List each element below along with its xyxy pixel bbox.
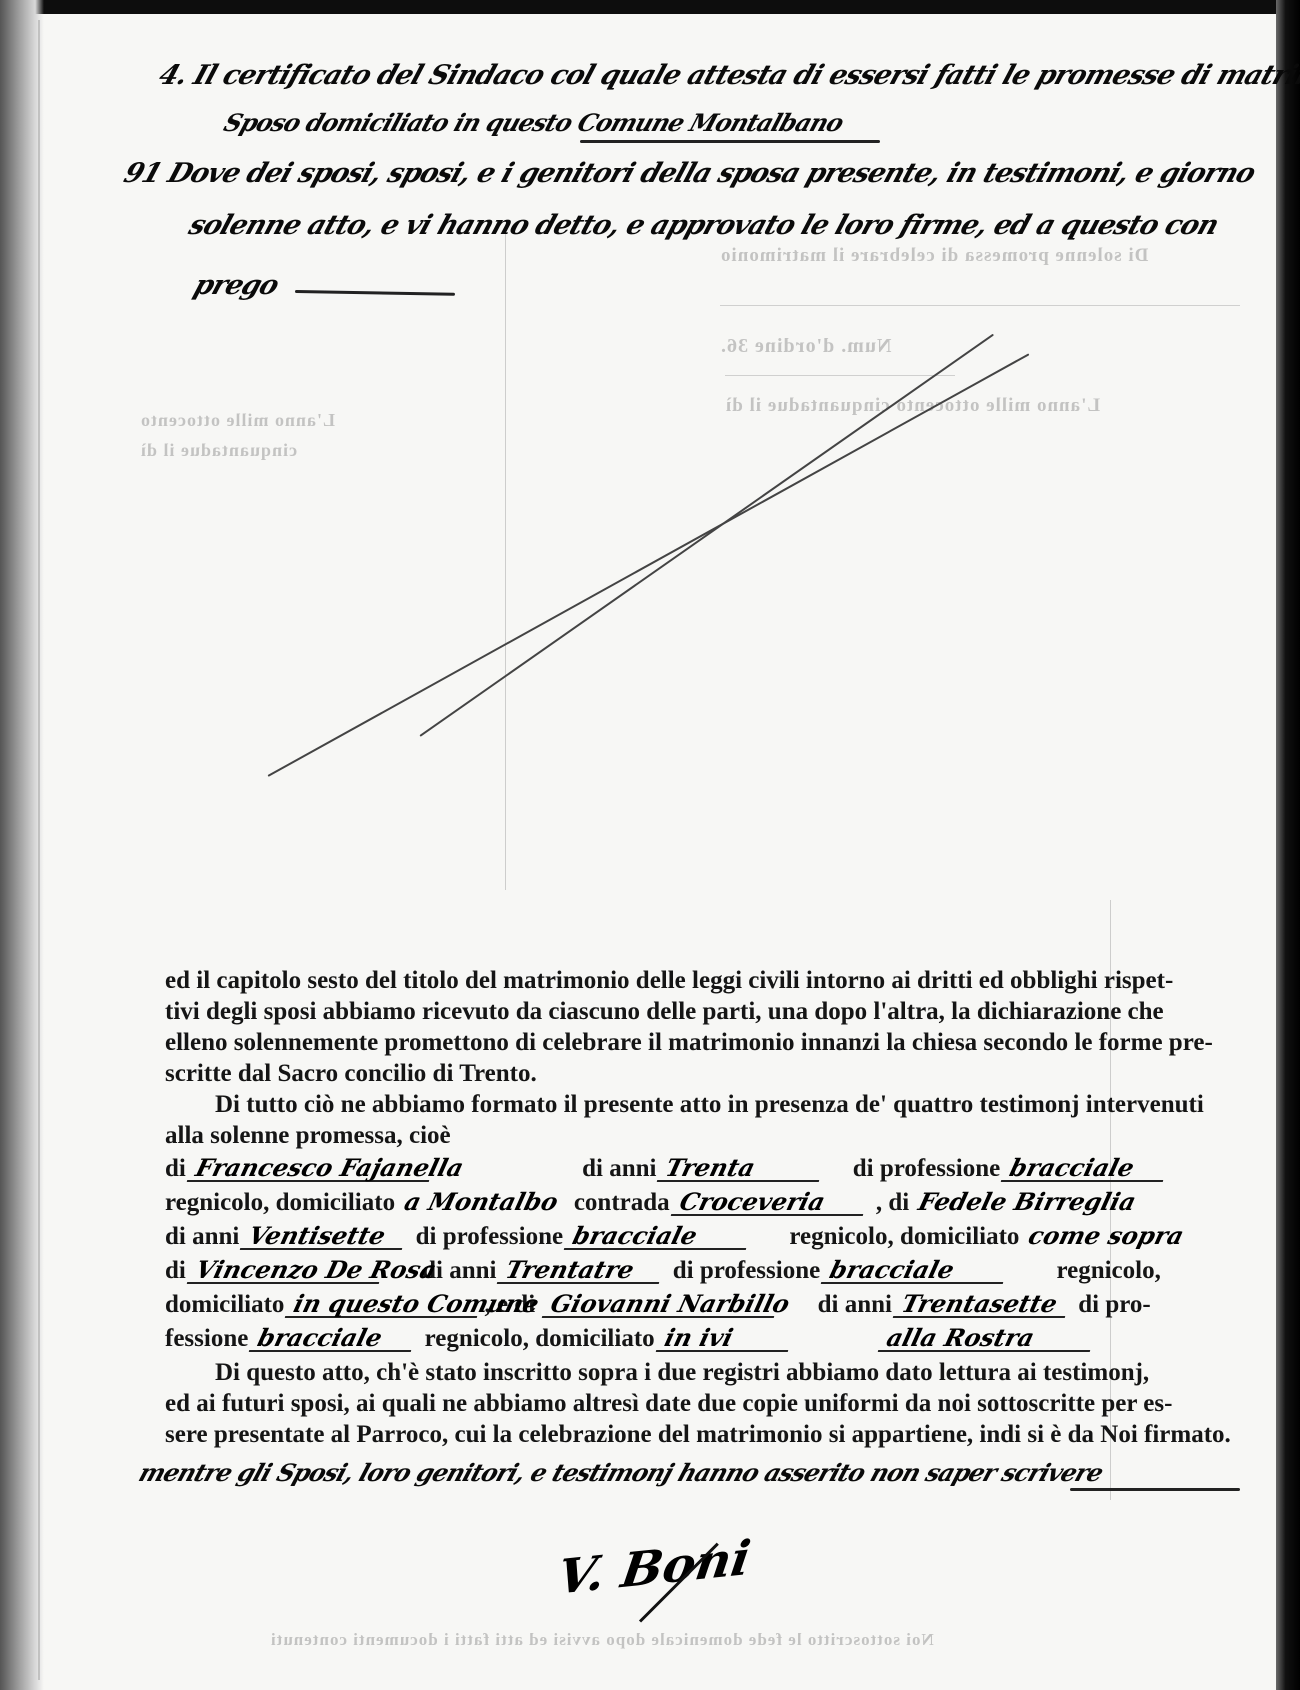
witness-1-prefix: di — [165, 1155, 186, 1182]
witness-3-regnicolo: regnicolo, — [1056, 1257, 1160, 1284]
closing-underline — [1070, 1488, 1240, 1491]
witness-1-residence-label: regnicolo, domiciliato — [165, 1189, 395, 1216]
witness-4-profession-label: fessione — [165, 1325, 248, 1352]
witness-1-row: diFrancesco Fajanella di anniTrenta di p… — [165, 1153, 1170, 1184]
annotation-line-5: prego — [190, 270, 282, 301]
closing-line-3: sere presentate al Parroco, cui la celeb… — [165, 1419, 1231, 1450]
witness-3-residence: in questo Comune — [285, 1292, 483, 1318]
bleed-rule-2 — [725, 375, 955, 376]
witness-1-age-label: di anni — [582, 1155, 656, 1182]
witness-1-name: Francesco Fajanella — [187, 1156, 435, 1182]
witness-2-name: Fedele Birreglia — [910, 1190, 1144, 1214]
body-line-3: elleno solennemente promettono di celebr… — [165, 1027, 1213, 1058]
bleed-left-col-1: L'anno mille ottocento — [140, 410, 335, 431]
witness-4-residence-label: regnicolo, domiciliato — [425, 1325, 655, 1352]
annotation-line-3: 91 Dove dei sposi, sposi, e i genitori d… — [120, 158, 1259, 189]
witness-3-age: Trentatre — [497, 1258, 665, 1284]
cancellation-stroke-1 — [268, 353, 1030, 777]
witness-2-age: Ventisette — [240, 1224, 408, 1250]
closing-line-2: ed ai futuri sposi, ai quali ne abbiamo … — [165, 1388, 1172, 1419]
bleed-heading: Di solenne promessa di celebrare il matr… — [720, 245, 1148, 267]
handwritten-closing: mentre gli Sposi, loro genitori, e testi… — [135, 1458, 1106, 1487]
body-line-6: alla solenne promessa, cioè — [165, 1120, 451, 1151]
body-line-2: tivi degli sposi abbiamo ricevuto da cia… — [165, 996, 1164, 1027]
witness-2-prefix: , di — [876, 1189, 909, 1216]
witness-4-row: fessionebracciale regnicolo, domiciliato… — [165, 1323, 1097, 1354]
body-line-4: scritte dal Sacro concilio di Trento. — [165, 1058, 537, 1089]
annotation-underline-2 — [295, 290, 455, 296]
witness-2-residence-label: regnicolo, domiciliato — [789, 1223, 1019, 1250]
witness-2-profession-label: di professione — [416, 1223, 563, 1250]
witness-4-age-label: di anni — [818, 1291, 892, 1318]
witness-1-profession-label: di professione — [853, 1155, 1000, 1182]
bleed-rule — [720, 305, 1240, 306]
body-line-5: Di tutto ciò ne abbiamo formato il prese… — [165, 1089, 1204, 1120]
annotation-line-4: solenne atto, e vi hanno detto, e approv… — [185, 210, 1222, 241]
witness-3-residence-label: domiciliato — [165, 1291, 284, 1318]
witness-1-residence: a Montalbo — [396, 1190, 566, 1214]
witness-1-residence-row: regnicolo, domiciliatoa Montalbo contrad… — [165, 1187, 1146, 1218]
witness-3-profession: bracciale — [821, 1258, 1009, 1284]
witness-2-residence: come sopra — [1020, 1224, 1192, 1248]
printed-body: ed il capitolo sesto del titolo del matr… — [165, 965, 1280, 1525]
witness-2-profession: bracciale — [564, 1224, 752, 1250]
annotation-underline — [580, 140, 880, 143]
witness-4-street: alla Rostra — [878, 1326, 1096, 1352]
witness-1-street-label: contrada — [574, 1189, 670, 1216]
witness-4-age: Trentasette — [893, 1292, 1071, 1318]
bleed-first-line: L'anno mille ottocento cinquantadue il d… — [725, 395, 1100, 417]
bleed-left-col-2: cinquantadue il dì — [140, 440, 297, 461]
column-rule — [505, 230, 506, 890]
official-signature: V. Boni — [554, 1530, 754, 1605]
witness-4-profession: bracciale — [249, 1326, 417, 1352]
witness-1-age: Trenta — [657, 1156, 825, 1182]
document-page: Di solenne promessa di celebrare il matr… — [0, 0, 1300, 1690]
witness-3-prefix: di — [165, 1257, 186, 1284]
witness-4-residence: in ivi — [655, 1326, 793, 1352]
closing-line-1: Di questo atto, ch'è stato inscritto sop… — [165, 1357, 1149, 1388]
witness-2-row: di anniVentisette di professionebraccial… — [165, 1221, 1194, 1252]
bleed-order-number: Num. d'ordine 36. — [720, 335, 891, 358]
witness-3-name: Vincenzo De Rosa — [187, 1258, 385, 1284]
bleed-bottom-line: Noi sottoscritto le fede domenicale dopo… — [270, 1630, 934, 1650]
annotation-line-2: Sposo domiciliato in questo Comune Monta… — [220, 108, 847, 137]
body-line-1: ed il capitolo sesto del titolo del matr… — [165, 965, 1173, 996]
witness-4-name: Giovanni Narbillo — [542, 1292, 780, 1318]
margin-rule — [38, 20, 40, 1680]
page-top-edge — [0, 0, 1300, 14]
witness-3-row: diVincenzo De Rosa di anniTrentatre di p… — [165, 1255, 1161, 1286]
witness-3-profession-label: di professione — [673, 1257, 820, 1284]
witness-1-street: Croceveria — [670, 1190, 868, 1216]
witness-2-age-label: di anni — [165, 1223, 239, 1250]
witness-4-profession-label-end: di pro- — [1078, 1291, 1150, 1318]
witness-3-residence-row: domiciliatoin questo Comune, e di Giovan… — [165, 1289, 1151, 1320]
annotation-line-1: 4. Il certificato del Sindaco col quale … — [155, 60, 1300, 91]
witness-1-profession: bracciale — [1001, 1156, 1169, 1182]
